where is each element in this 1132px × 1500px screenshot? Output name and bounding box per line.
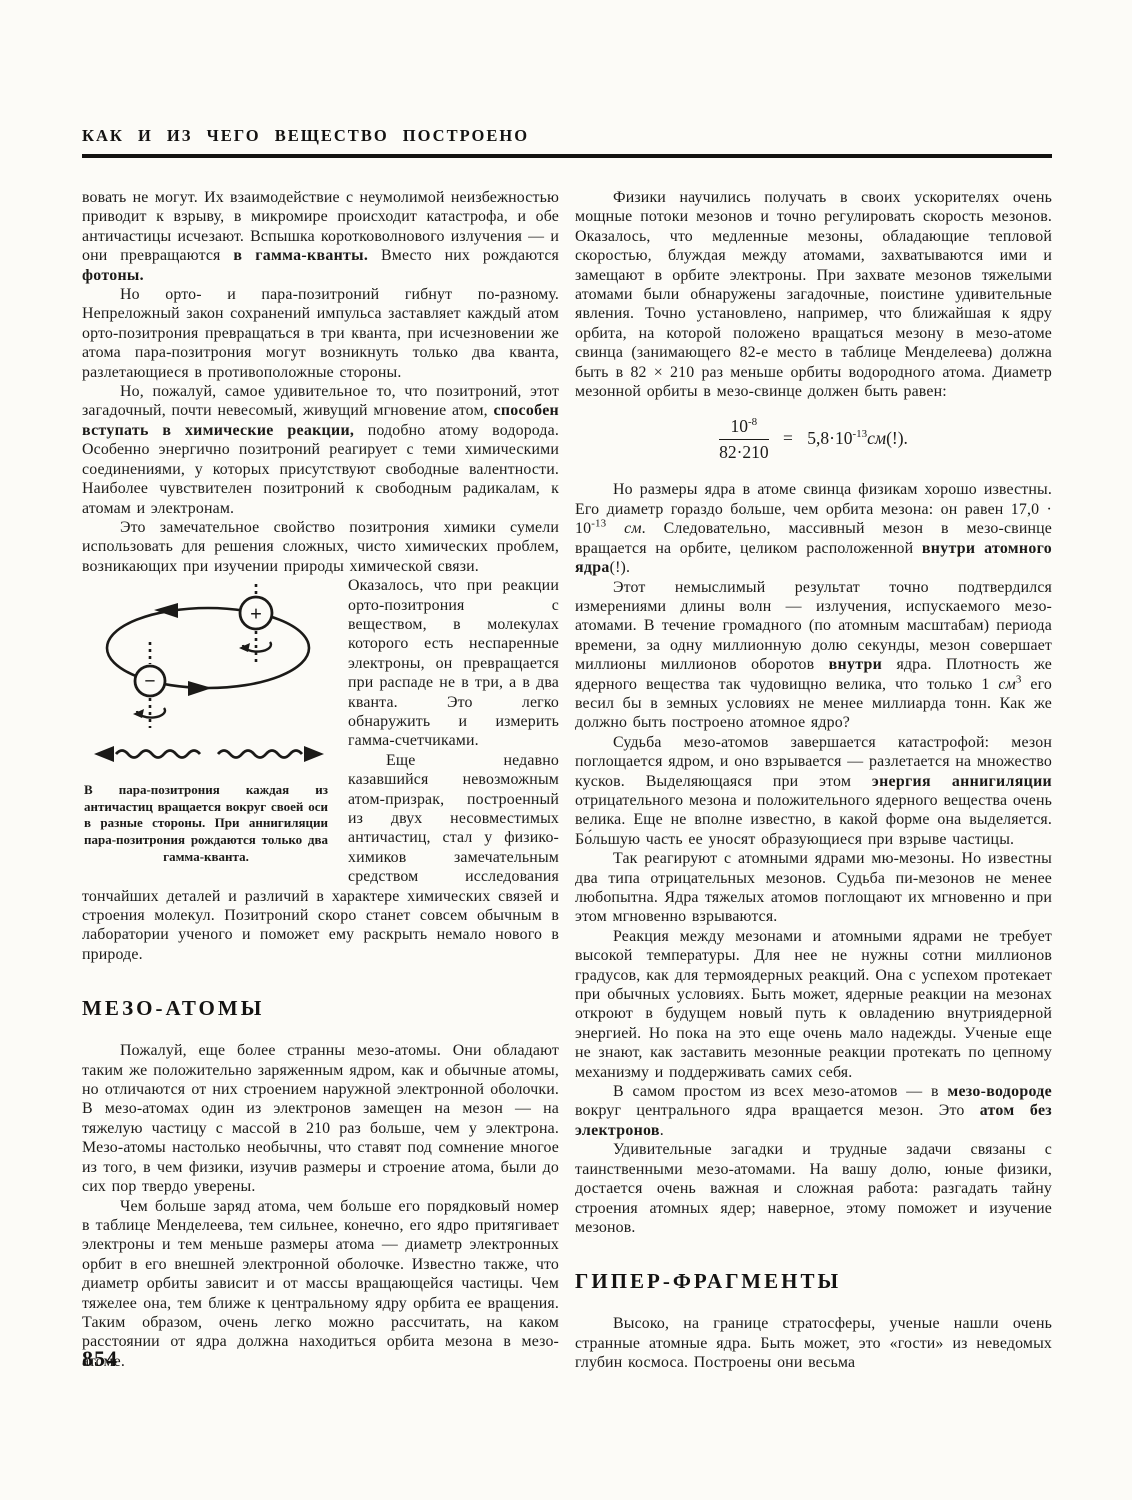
paragraph: Но размеры ядра в атоме свинца физикам х… [575,480,1052,577]
positronium-figure: + − [82,582,334,865]
figure-caption: В пара-позитрония каждая из античастиц в… [82,782,334,865]
gamma-arrowhead-icon [94,746,114,762]
book-page: КАК И ИЗ ЧЕГО ВЕЩЕСТВО ПОСТРОЕНО вовать … [0,0,1132,1500]
paragraph: Так реагируют с атомными ядрами мю-мезон… [575,849,1052,927]
fraction-numerator: 10-8 [719,416,769,440]
paragraph: Высоко, на границе стратосферы, ученые н… [575,1314,1052,1372]
paragraph: Это замечательное свойство позитрония хи… [82,518,559,576]
gamma-wave-left [94,746,200,762]
paragraph: Но орто- и пара-позитроний гибнут по-раз… [82,285,559,382]
fraction-denominator: 82·210 [719,440,769,463]
electron-particle: − [133,642,165,728]
unit-cm: см [867,428,886,448]
meson-orbit-formula: 10-8 82·210 = 5,8·10-13см(!). [575,416,1052,463]
positron-particle: + [239,584,272,662]
paragraph: Судьба мезо-атомов завершается катастроф… [575,733,1052,849]
positronium-orbit-diagram: + − [84,582,334,774]
section-heading-meso-atoms: МЕЗО-АТОМЫ [82,996,559,1021]
equals-sign: = [783,428,793,448]
orbit-arrow-right-icon [188,681,212,696]
orbit-arrow-left-icon [154,603,178,618]
two-column-layout: вовать не могут. Их взаимодействие с неу… [82,188,1052,1373]
minus-symbol: − [144,671,155,693]
paragraph: В самом простом из всех мезо-атомов — в … [575,1082,1052,1140]
paragraph: Но, пожалуй, самое удивительное то, что … [82,382,559,518]
paragraph: вовать не могут. Их взаимодействие с неу… [82,188,559,285]
paragraph: Удивительные загадки и трудные задачи св… [575,1140,1052,1237]
running-head: КАК И ИЗ ЧЕГО ВЕЩЕСТВО ПОСТРОЕНО [82,126,1052,146]
section-heading-hyper-fragments: ГИПЕР-ФРАГМЕНТЫ [575,1269,1052,1294]
paragraph: Пожалуй, еще более странны мезо-атомы. О… [82,1041,559,1196]
fraction: 10-8 82·210 [719,416,769,463]
formula-result: 5,8·10-13см(!). [807,428,908,448]
gamma-arrowhead-icon [304,746,324,762]
paragraph: Чем больше заряд атома, чем больше его п… [82,1197,559,1372]
plus-symbol: + [250,602,262,626]
gamma-wave-right [218,746,324,762]
paragraph: Реакция между мезонами и атомными ядрами… [575,927,1052,1082]
left-column: вовать не могут. Их взаимодействие с неу… [82,188,559,1373]
right-column: Физики научились получать в своих ускори… [575,188,1052,1373]
page-number: 854 [82,1346,118,1372]
paragraph: Этот немыслимый результат точно подтверд… [575,578,1052,733]
header-rule [82,154,1052,158]
paragraph: Физики научились получать в своих ускори… [575,188,1052,401]
